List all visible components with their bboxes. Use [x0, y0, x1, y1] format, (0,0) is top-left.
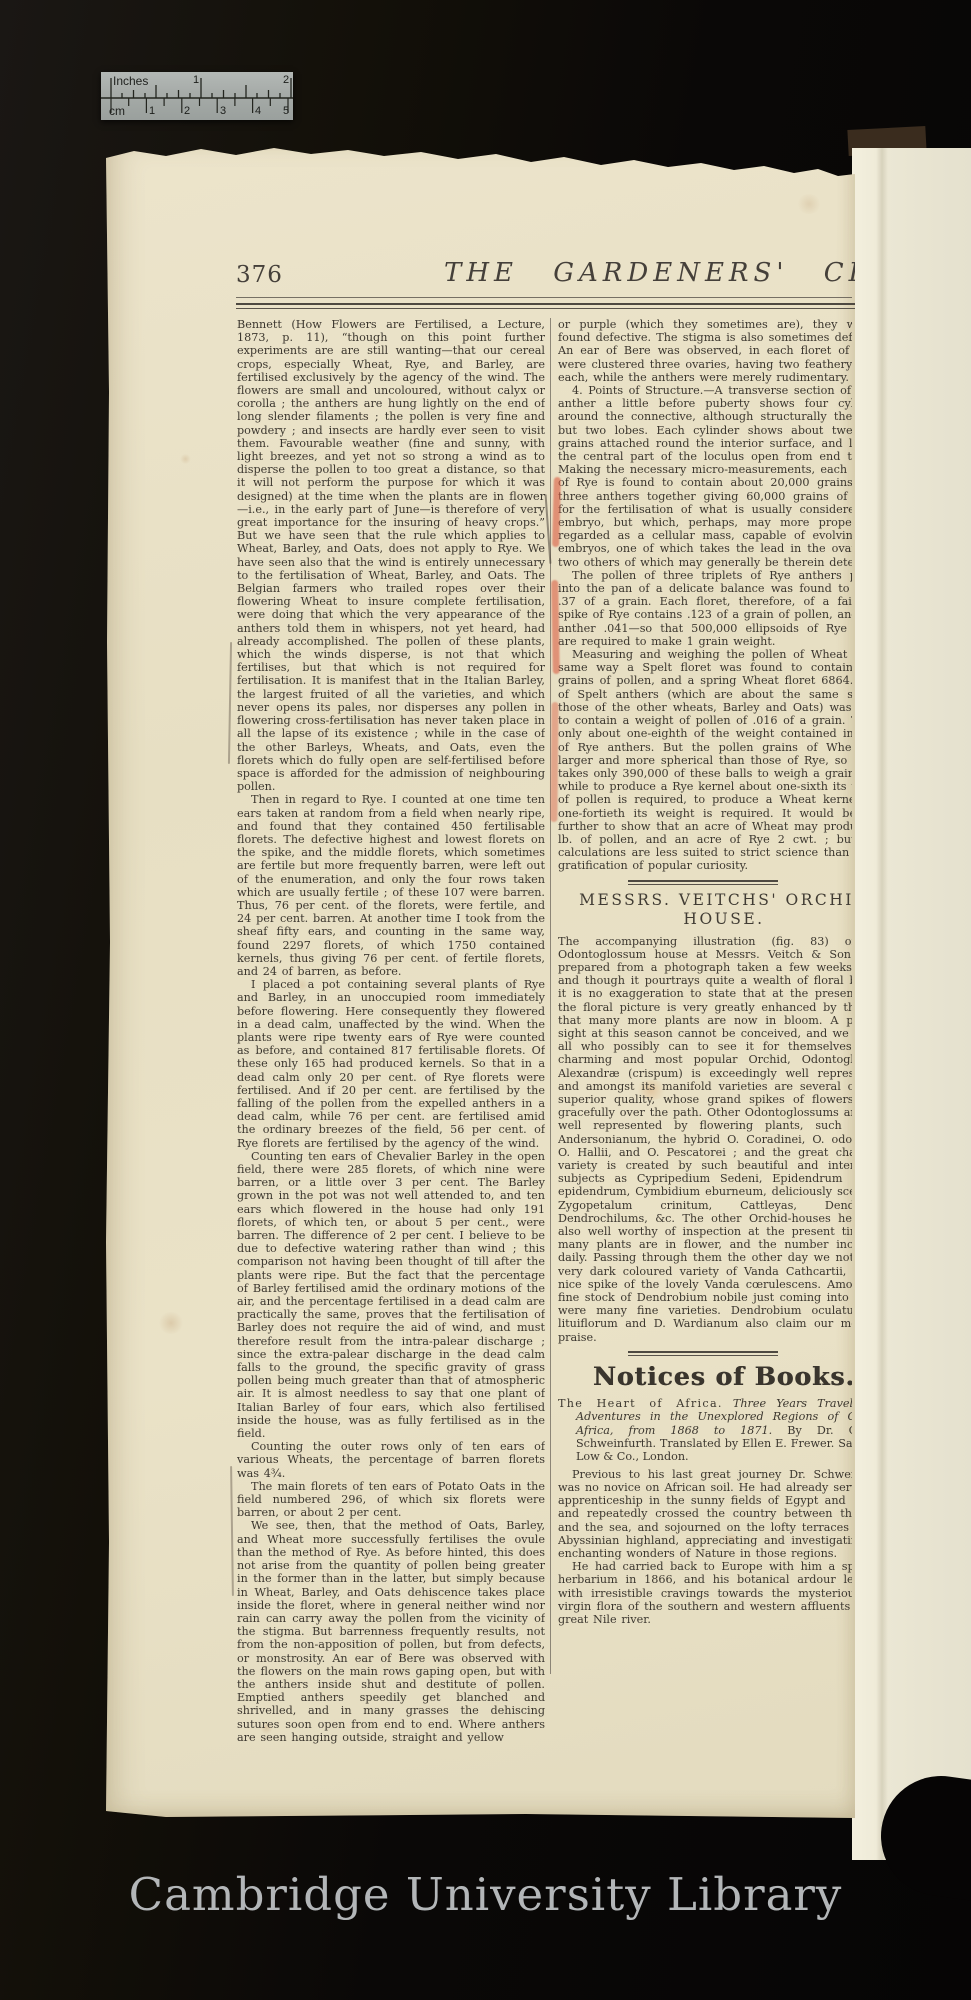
ruler-inches-label: Inches — [113, 74, 148, 88]
paragraph: He had carried back to Europe with him a… — [558, 1560, 852, 1626]
ruler-cm-label: cm — [109, 104, 125, 118]
album-backing-page — [852, 148, 971, 1860]
paragraph: The accompanying illustration (fig. 83) … — [558, 935, 852, 1344]
paragraph: The pollen of three triplets of Rye anth… — [558, 569, 852, 648]
newspaper-clipping: 376 THE GARDENERS' CHRON Bennett (How Fl… — [106, 142, 855, 1818]
paragraph: The main florets of ten ears of Potato O… — [237, 1480, 545, 1520]
book-reference: The Heart of Africa. Three Years Travels… — [558, 1397, 852, 1464]
paragraph: Previous to his last great journey Dr. S… — [558, 1468, 852, 1560]
page-number: 376 — [236, 262, 283, 288]
masthead-double-rule-bottom — [236, 308, 855, 309]
pencil-margin-stroke — [228, 642, 232, 764]
masthead-wrap: THE GARDENERS' CHRON — [444, 258, 855, 294]
ruler-cm-number: 5 — [283, 105, 289, 117]
paragraph: Counting the outer rows only of ten ears… — [237, 1440, 545, 1480]
section-double-rule — [628, 1351, 778, 1356]
veitch-orchid-house-heading: MESSRS. VEITCHS' ORCHID HOUSE. — [564, 891, 852, 929]
ruler-cm-number: 4 — [255, 105, 261, 117]
paragraph: Counting ten ears of Chevalier Barley in… — [237, 1150, 545, 1440]
section-double-rule — [628, 880, 778, 885]
masthead-title: THE GARDENERS' CHRON — [444, 258, 855, 288]
ruler-cm-number: 1 — [149, 105, 155, 117]
foxing-stain — [796, 194, 822, 214]
masthead-double-rule-top — [236, 303, 855, 305]
paragraph: Then in regard to Rye. I counted at one … — [237, 793, 545, 978]
ruler-cm-number: 2 — [184, 105, 190, 117]
paragraph: I placed a pot containing several plants… — [237, 978, 545, 1150]
library-watermark: Cambridge University Library — [0, 1868, 971, 1921]
pencil-margin-stroke — [230, 1466, 234, 1596]
red-ink-margin-stroke — [550, 702, 558, 822]
right-column-inner: or purple (which they sometimes are), th… — [558, 318, 852, 1626]
book-title-roman: The Heart of Africa. — [558, 1397, 723, 1410]
paragraph: Bennett (How Flowers are Fertilised, a L… — [237, 318, 545, 793]
notices-of-books-heading: Notices of Books. — [558, 1362, 852, 1391]
paragraph: We see, then, that the method of Oats, B… — [237, 1519, 545, 1743]
foxing-stain — [158, 1312, 184, 1334]
measuring-ruler: Inches cm 1 2 1 2 3 4 5 — [101, 72, 293, 120]
ruler-inch-number: 2 — [283, 74, 289, 86]
left-column: Bennett (How Flowers are Fertilised, a L… — [237, 318, 545, 1810]
masthead-rule — [236, 297, 852, 298]
paragraph: Measuring and weighing the pollen of Whe… — [558, 648, 852, 872]
foxing-stain — [180, 454, 191, 464]
paragraph: or purple (which they sometimes are), th… — [558, 318, 852, 384]
column-divider-rule — [550, 318, 551, 1674]
paragraph: 4. Points of Structure.—A transverse sec… — [558, 384, 852, 569]
ruler-inch-number: 1 — [193, 74, 199, 86]
right-column: or purple (which they sometimes are), th… — [558, 318, 852, 1810]
ruler-cm-number: 3 — [220, 105, 226, 117]
